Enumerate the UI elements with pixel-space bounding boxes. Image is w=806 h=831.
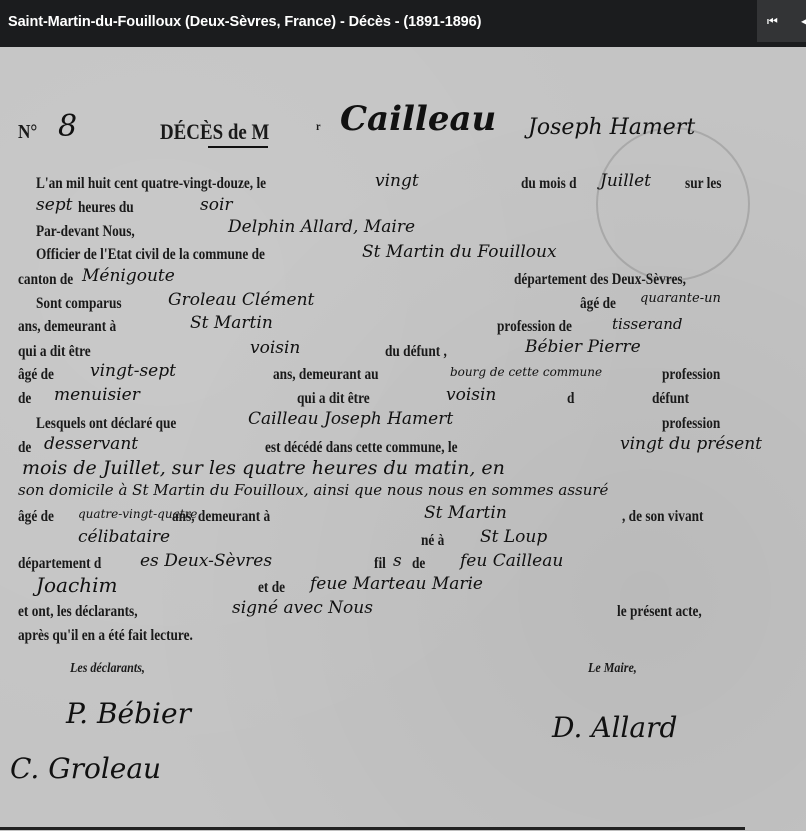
handwritten-text: St Martin du Fouilloux [362,242,557,262]
printed-text: profession de [497,318,572,336]
printed-text: âgé de [580,295,616,313]
previous-icon[interactable]: ◀ [801,13,806,29]
printed-text: de [412,555,425,573]
printed-text: L'an mil huit cent quatre-vingt-douze, l… [36,175,266,193]
printed-text: de [18,439,31,457]
handwritten-text: mois de Juillet, sur les quatre heures d… [22,457,505,479]
printed-text: qui a dit être [18,343,91,361]
signature-maire: D. Allard [552,711,677,744]
handwritten-text: sept [36,195,73,215]
printed-text: département d [18,555,101,573]
handwritten-text: soir [200,195,233,215]
printed-text: qui a dit être [297,390,370,408]
handwritten-text: célibataire [78,527,170,547]
handwritten-text: vingt [375,171,419,191]
handwritten-text: menuisier [54,385,140,405]
handwritten-text: tisserand [612,315,682,333]
handwritten-text: vingt du présent [620,434,762,454]
printed-text: et ont, les déclarants, [18,603,138,621]
handwritten-text: voisin [446,385,496,405]
handwritten-text: St Loup [480,527,547,547]
maire-label: Le Maire, [588,661,637,677]
deceased-surname: Cailleau [340,99,496,139]
handwritten-text: St Martin [190,313,273,333]
printed-text: profession [662,415,720,433]
printed-text: Officier de l'Etat civil de la commune d… [36,246,265,264]
printed-text: ans, demeurant au [273,366,379,384]
printed-text: âgé de [18,508,54,526]
deces-title: DÉCÈS de M [160,119,269,145]
handwritten-text: Joachim [36,573,117,597]
heading-underline [208,146,268,148]
deceased-given-names: Joseph Hamert [528,115,695,140]
handwritten-text: voisin [250,338,300,358]
handwritten-text: Delphin Allard, Maire [228,217,415,237]
printed-text: après qu'il en a été fait lecture. [18,627,193,645]
printed-text: est décédé dans cette commune, le [265,439,457,457]
signature-declarant-2: C. Groleau [10,752,161,785]
declarants-label: Les déclarants, [70,661,145,677]
handwritten-text: Juillet [600,171,651,191]
printed-text: , de son vivant [622,508,703,526]
handwritten-text: Groleau Clément [168,290,314,310]
number-value: 8 [58,109,77,144]
printed-text: fil [374,555,386,573]
handwritten-text: feu Cailleau [460,551,563,571]
handwritten-text: vingt-sept [90,361,176,381]
skip-to-first-icon[interactable]: ⏮ [767,13,778,29]
printed-text: département des Deux-Sèvres, [514,271,686,289]
bottom-rule [0,827,745,830]
printed-text: âgé de [18,366,54,384]
page-title: Saint-Martin-du-Fouilloux (Deux-Sèvres, … [8,0,481,44]
deces-title-sup: r [316,119,321,134]
handwritten-text: signé avec Nous [232,598,373,618]
number-label: N° [18,121,37,144]
signature-declarant-1: P. Bébier [66,697,191,730]
handwritten-text: es Deux-Sèvres [140,551,272,571]
printed-text: sur les [685,175,721,193]
printed-text: et de [258,579,285,597]
printed-text: défunt [652,390,689,408]
printed-text: né à [421,532,444,550]
handwritten-text: St Martin [424,503,507,523]
printed-text: le présent acte, [617,603,702,621]
handwritten-text: feue Marteau Marie [310,574,483,594]
handwritten-text: quarante-un [640,291,721,306]
printed-text: ans, demeurant à [18,318,116,336]
handwritten-text: Ménigoute [82,266,175,286]
handwritten-text: Bébier Pierre [525,337,641,357]
handwritten-text: desservant [44,434,138,454]
handwritten-text: bourg de cette commune [450,365,602,379]
navigation-buttons: ⏮ ◀ [757,0,806,42]
printed-text: Par-devant Nous, [36,223,135,241]
printed-text: Sont comparus [36,295,122,313]
printed-text: du défunt , [385,343,447,361]
printed-text: Lesquels ont déclaré que [36,415,176,433]
printed-text: du mois d [521,175,577,193]
printed-text: heures du [78,199,134,217]
top-bar: Saint-Martin-du-Fouilloux (Deux-Sèvres, … [0,0,806,47]
seal-stamp [596,127,750,281]
document-image[interactable]: N° 8 DÉCÈS de M r Cailleau Joseph Hamert… [0,47,806,831]
handwritten-text: Cailleau Joseph Hamert [248,409,453,429]
printed-text: de [18,390,31,408]
handwritten-text: s [393,551,402,571]
printed-text: d [567,390,574,408]
printed-text: canton de [18,271,73,289]
printed-text: profession [662,366,720,384]
printed-text: ans, demeurant à [172,508,270,526]
handwritten-text: son domicile à St Martin du Fouilloux, a… [18,481,608,499]
